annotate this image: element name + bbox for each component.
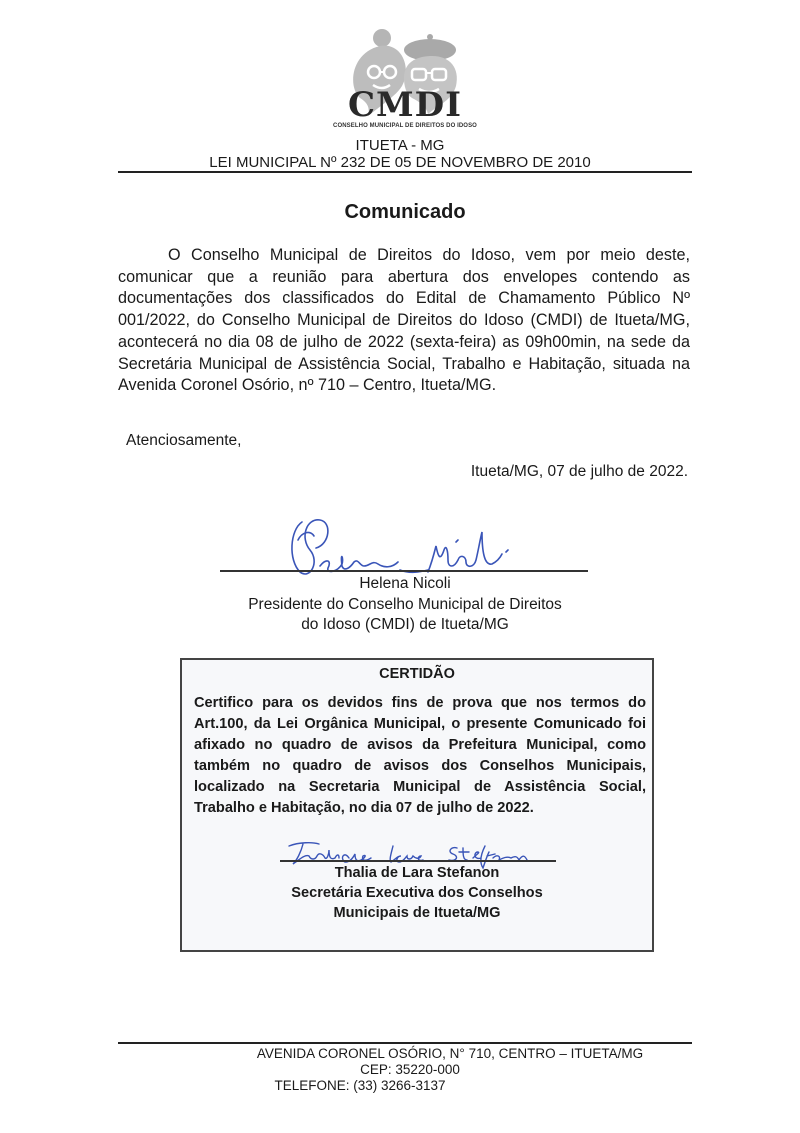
footer-divider	[118, 1042, 692, 1044]
certificate-signer-role-continued: Municipais de Itueta/MG	[180, 904, 654, 923]
signature-line	[220, 570, 588, 572]
header-city: ITUETA - MG	[0, 137, 800, 155]
certificate-signer-role: Secretária Executiva dos Conselhos	[180, 884, 654, 903]
footer-cep: CEP: 35220-000	[0, 1062, 800, 1078]
certificate-title: CERTIDÃO	[180, 665, 654, 683]
certificate-signer-name: Thalia de Lara Stefanon	[180, 864, 654, 883]
header-divider	[118, 171, 692, 173]
page-title: Comunicado	[0, 200, 800, 224]
logo-acronym: CMDI	[320, 87, 490, 123]
closing-salutation: Atenciosamente,	[126, 432, 241, 450]
header-law: LEI MUNICIPAL Nº 232 DE 05 DE NOVEMBRO D…	[0, 154, 800, 172]
certificate-signature-line	[280, 860, 556, 862]
logo-subtitle: CONSELHO MUNICIPAL DE DIREITOS DO IDOSO	[320, 123, 490, 129]
footer-address: AVENIDA CORONEL OSÓRIO, N° 710, CENTRO –…	[0, 1046, 800, 1062]
footer-phone: TELEFONE: (33) 3266-3137	[0, 1078, 800, 1094]
signer-name: Helena Nicoli	[0, 574, 800, 593]
signer-role: Presidente do Conselho Municipal de Dire…	[0, 595, 800, 614]
certificate-text: Certifico para os devidos fins de prova …	[194, 693, 646, 819]
signer-role-continued: do Idoso (CMDI) de Itueta/MG	[0, 615, 800, 634]
place-date: Itueta/MG, 07 de julho de 2022.	[471, 463, 688, 481]
body-paragraph: O Conselho Municipal de Direitos do Idos…	[118, 245, 690, 397]
